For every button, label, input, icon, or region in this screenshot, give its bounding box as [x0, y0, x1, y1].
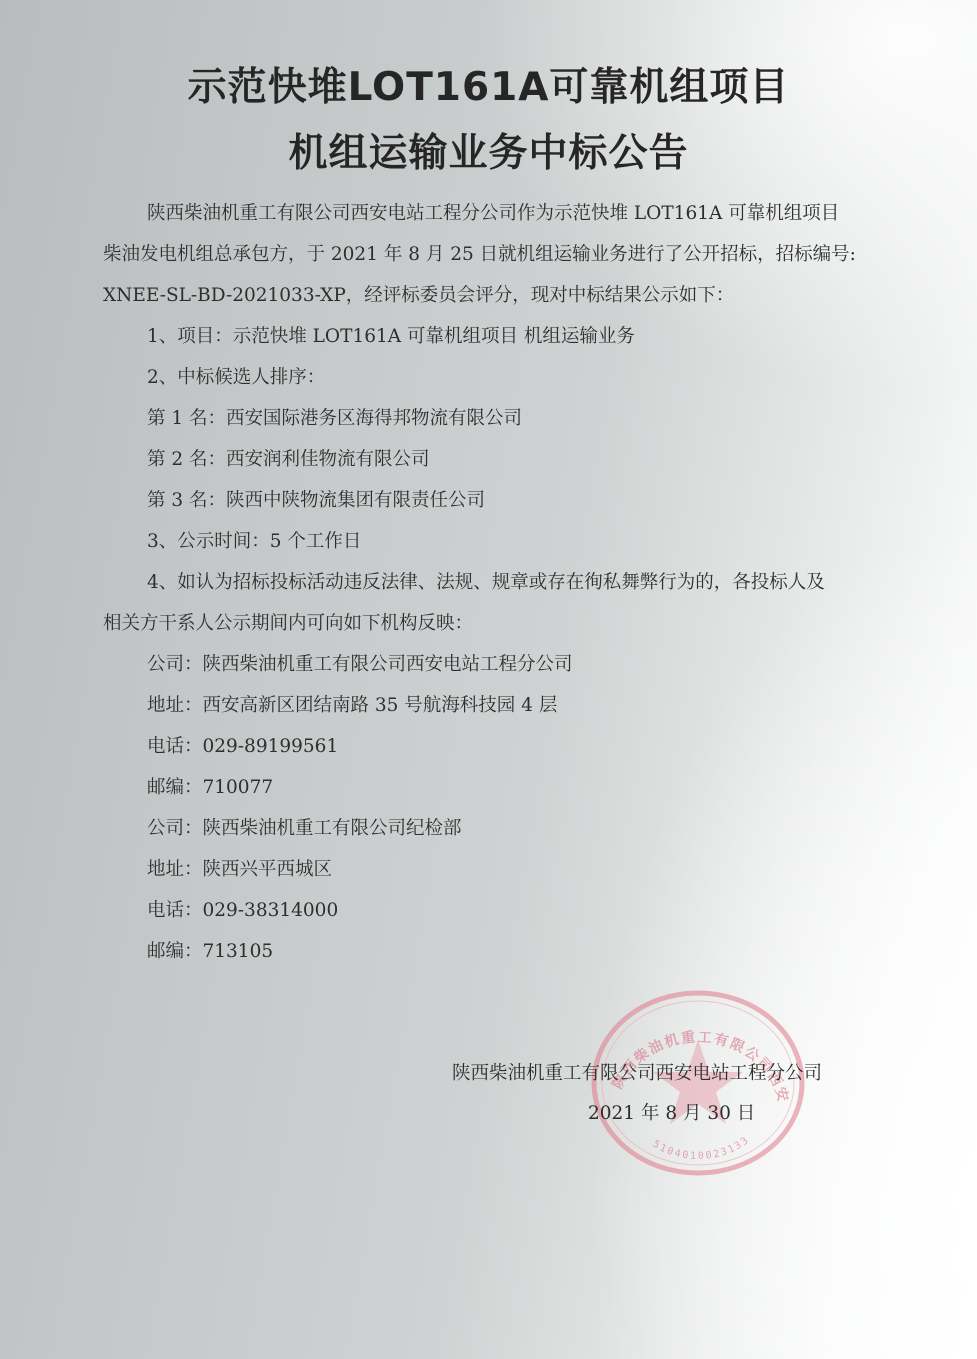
candidate-rank-label: 第 2 名： [147, 449, 226, 470]
item-candidate-ranking: 2、中标候选人排序： [147, 366, 325, 390]
contact-2-company: 公司：陕西柴油机重工有限公司纪检部 [147, 817, 462, 841]
candidate-name: 陕西中陕物流集团有限责任公司 [226, 490, 485, 511]
item-publicity-period: 3、公示时间：5 个工作日 [147, 530, 361, 554]
document-title-line-1: 示范快堆LOT161A可靠机组项目 [0, 56, 977, 112]
contact-2-address: 地址：陕西兴平西城区 [147, 858, 332, 882]
signature-date: 2021 年 8 月 30 日 [588, 1099, 755, 1125]
candidate-rank-label: 第 1 名： [147, 408, 226, 429]
candidate-name: 西安润利佳物流有限公司 [226, 449, 430, 470]
intro-paragraph-line-3: XNEE-SL-BD-2021033-XP，经评标委员会评分，现对中标结果公示如… [103, 284, 734, 308]
document-page: 示范快堆LOT161A可靠机组项目 机组运输业务中标公告 陕西柴油机重工有限公司… [0, 0, 977, 1359]
contact-1-phone: 电话：029-89199561 [147, 735, 338, 759]
contact-1-address: 地址：西安高新区团结南路 35 号航海科技园 4 层 [147, 694, 557, 718]
intro-paragraph-line-1: 陕西柴油机重工有限公司西安电站工程分公司作为示范快堆 LOT161A 可靠机组项… [147, 202, 839, 226]
contact-1-company: 公司：陕西柴油机重工有限公司西安电站工程分公司 [147, 653, 573, 677]
candidate-rank-2: 第 2 名：西安润利佳物流有限公司 [147, 448, 430, 472]
item-project: 1、项目：示范快堆 LOT161A 可靠机组项目 机组运输业务 [147, 325, 635, 349]
candidate-rank-label: 第 3 名： [147, 490, 226, 511]
contact-2-postcode: 邮编：713105 [147, 940, 273, 964]
document-title-line-2: 机组运输业务中标公告 [0, 122, 977, 178]
contact-1-postcode: 邮编：710077 [147, 776, 273, 800]
candidate-name: 西安国际港务区海得邦物流有限公司 [226, 408, 522, 429]
intro-paragraph-line-2: 柴油发电机组总承包方，于 2021 年 8 月 25 日就机组运输业务进行了公开… [103, 243, 856, 267]
candidate-rank-3: 第 3 名：陕西中陕物流集团有限责任公司 [147, 489, 485, 513]
item-complaint-line-2: 相关方干系人公示期间内可向如下机构反映： [103, 612, 473, 636]
item-complaint-line-1: 4、如认为招标投标活动违反法律、法规、规章或存在徇私舞弊行为的，各投标人及 [147, 571, 825, 595]
candidate-rank-1: 第 1 名：西安国际港务区海得邦物流有限公司 [147, 407, 522, 431]
signature-organization: 陕西柴油机重工有限公司西安电站工程分公司 [452, 1059, 822, 1085]
contact-2-phone: 电话：029-38314000 [147, 899, 338, 923]
